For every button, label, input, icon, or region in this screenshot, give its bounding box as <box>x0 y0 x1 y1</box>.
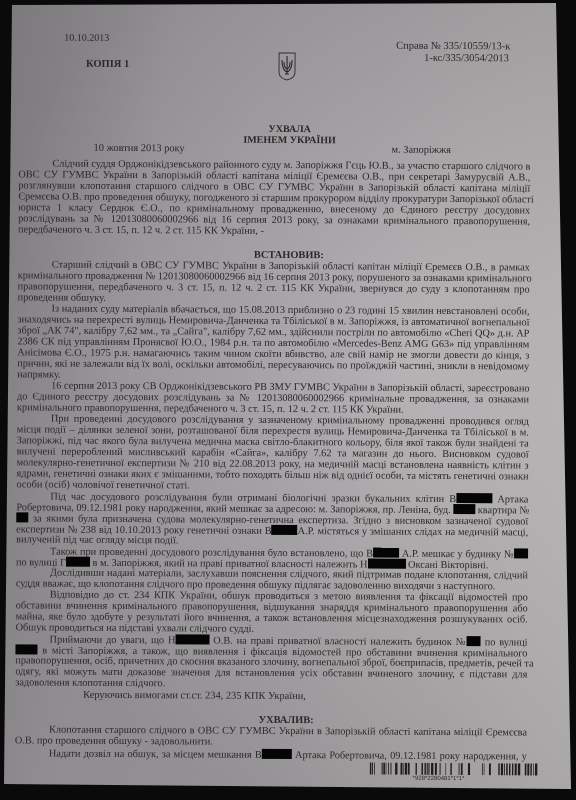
redaction-box <box>15 644 37 654</box>
ruled-paragraph-2: Надати дозвіл на обшук, за місцем мешкан… <box>15 747 527 761</box>
ruling-city: м. Запоріжжя <box>391 145 451 156</box>
redaction-box <box>456 493 492 503</box>
proceeding-number: 1-кс/335/3054/2013 <box>424 53 509 65</box>
title-in-name-of-ukraine: ІМЕНЕМ УКРАЇНИ <box>190 134 390 146</box>
established-paragraph-6: Також при проведенні досудового розсліду… <box>16 545 528 570</box>
redaction-box <box>467 636 481 646</box>
legal-basis: Керуючись вимогами ст.ст. 234, 235 КПК У… <box>83 690 306 702</box>
barcode <box>370 763 540 776</box>
redaction-box <box>175 634 209 644</box>
redaction-box <box>367 558 405 568</box>
document-date: 10.10.2013 <box>64 33 109 44</box>
redaction-box <box>16 512 28 522</box>
barcode-number: *928*2280481*1*1* <box>413 776 465 782</box>
established-paragraph-1: Старший слідчий в ОВС СУ ГУМВС України в… <box>18 259 530 306</box>
established-paragraph-5: Під час досудового розслідування були от… <box>16 490 528 548</box>
redaction-box <box>66 557 90 567</box>
redaction-box <box>373 548 399 558</box>
established-paragraph-4: При проведенні досудового розслідування … <box>16 413 528 493</box>
court-ruling: 10.10.2013 КОПІЯ 1 Справа № 335/10559/13… <box>0 0 576 800</box>
redaction-box <box>514 548 528 558</box>
ruled-paragraph-1: Клопотання старшого слідчого в ОВС СУ ГУ… <box>15 724 527 749</box>
established-paragraph-7: Дослідивши надані матеріали, заслухавши … <box>16 567 528 592</box>
redaction-box <box>272 525 298 535</box>
redaction-box <box>453 504 475 514</box>
established-paragraph-2: Із наданих суду матеріалів вбачається, щ… <box>17 303 529 383</box>
case-number: Справа № 335/10559/13-к <box>396 41 510 53</box>
established-paragraph-8: Відповідно до ст. 234 КПК України, обшук… <box>16 589 528 636</box>
established-paragraph-3: 16 серпня 2013 року СВ Орджонікідзевсько… <box>17 380 529 416</box>
redaction-box <box>262 749 292 759</box>
intro-paragraph: Слідчий суддя Орджонікідзевського районн… <box>18 158 530 238</box>
copy-label: КОПІЯ 1 <box>86 59 129 70</box>
established-paragraph-9: Приймаючи до уваги, що Н О.В. на праві п… <box>15 633 527 691</box>
ukraine-coat-of-arms-icon <box>278 52 296 81</box>
ruling-date: 10 жовтня 2013 року <box>94 143 185 155</box>
